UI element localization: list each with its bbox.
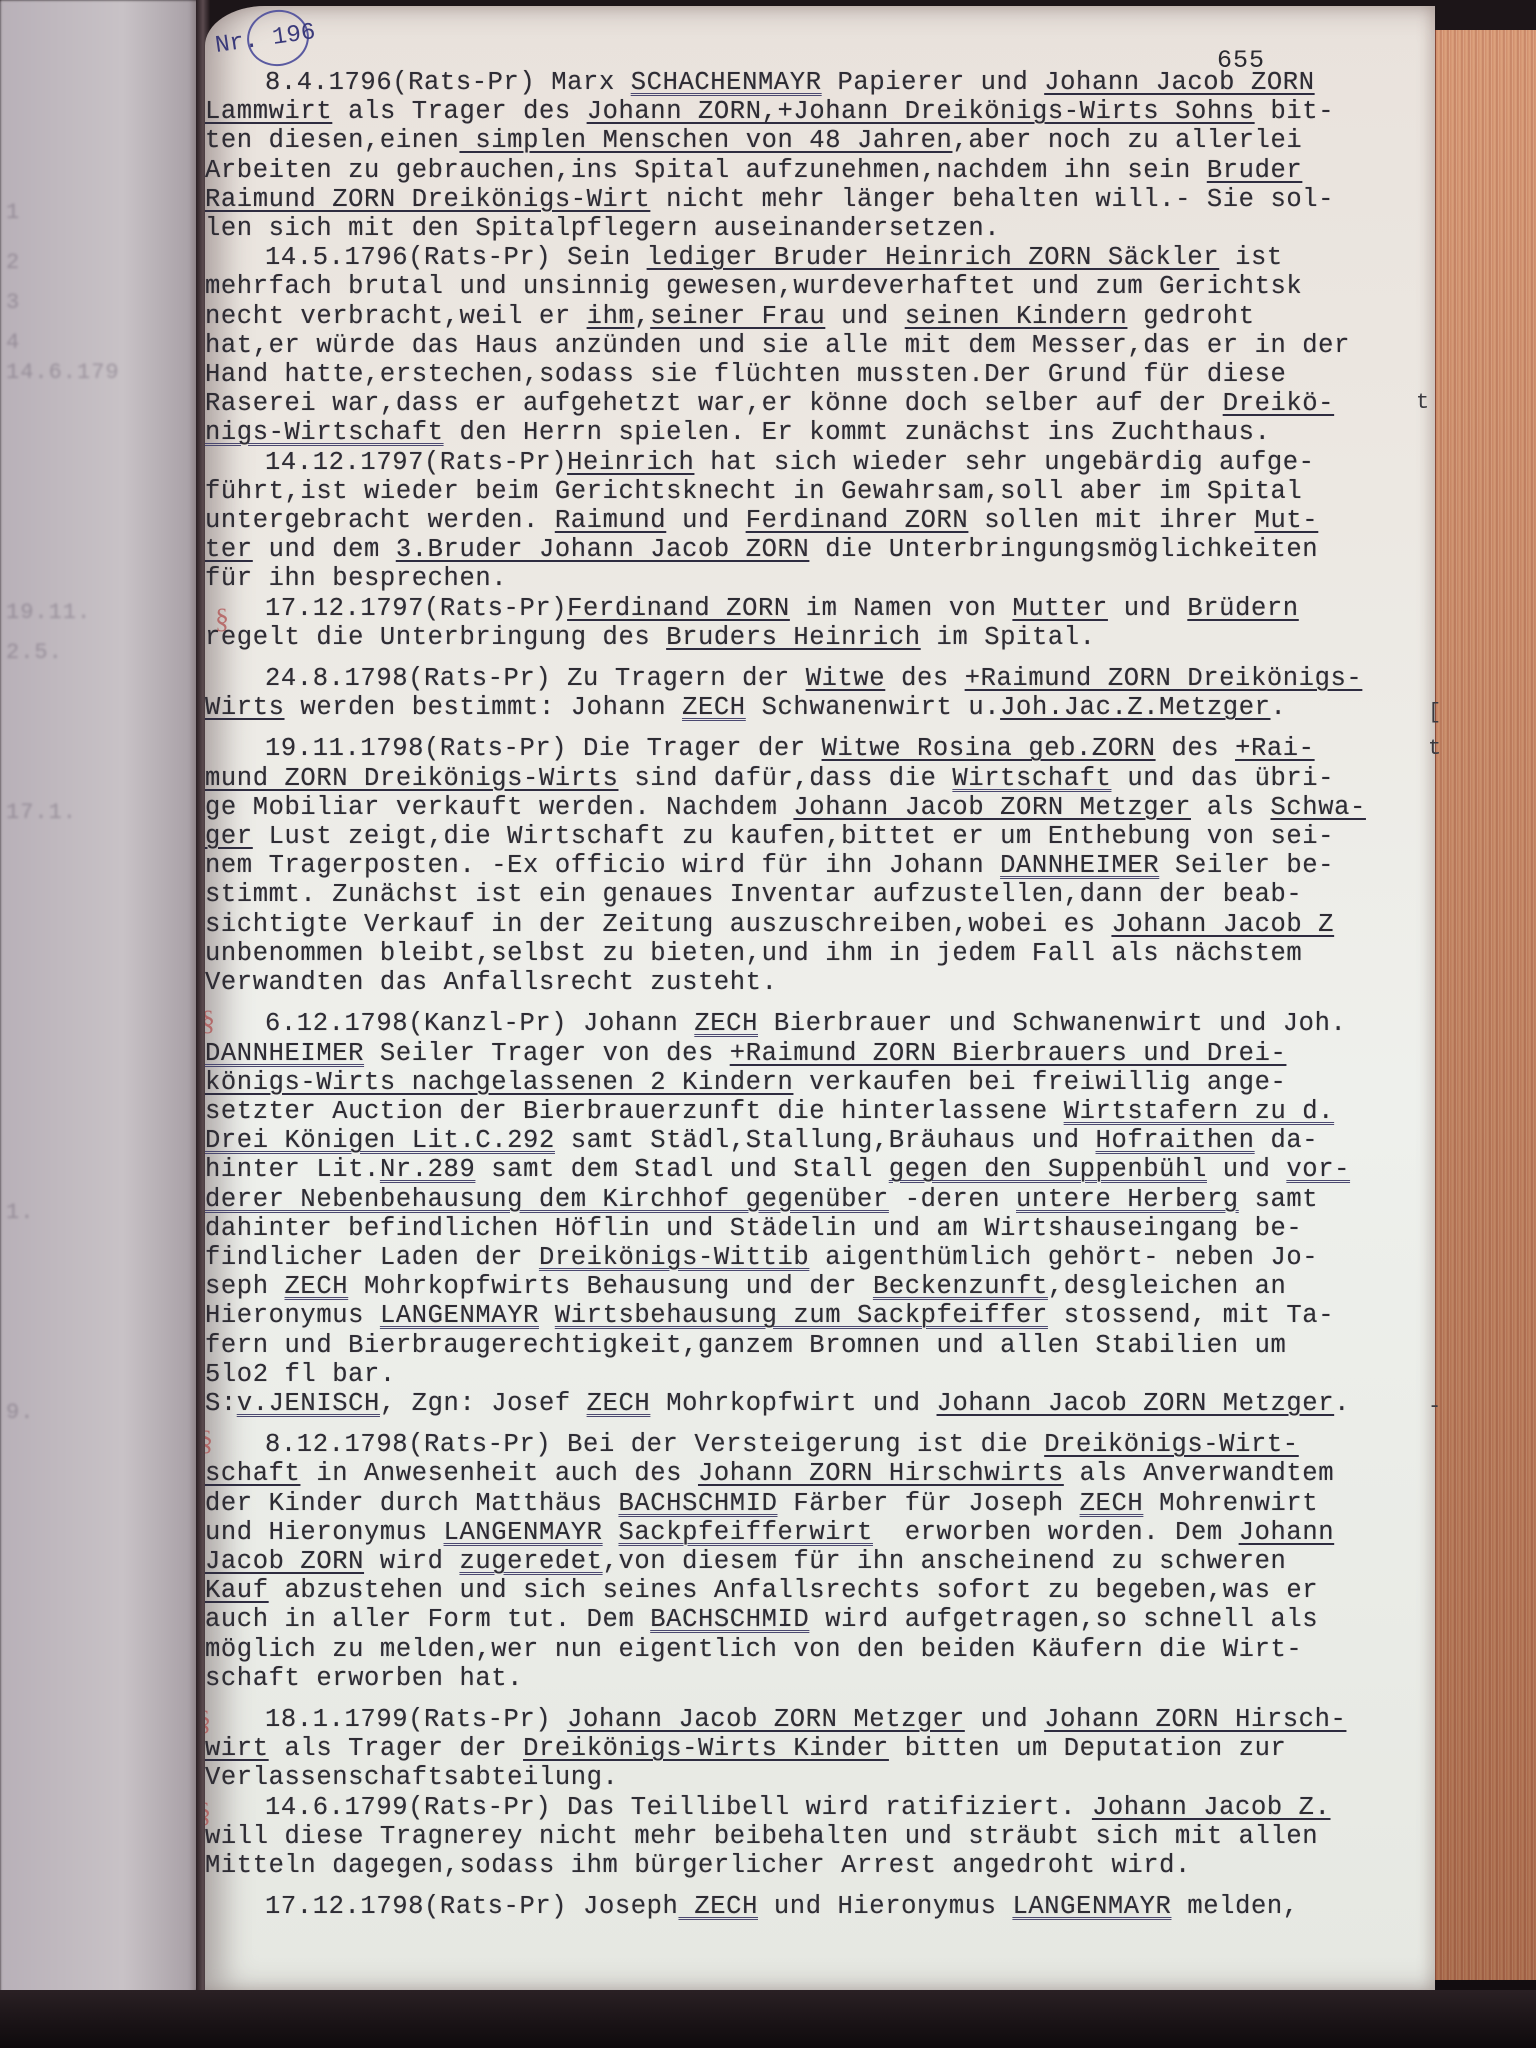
right-margin-bracket: [ [1428, 700, 1441, 725]
left-page-ghost-text: 14.6.179 [6, 360, 120, 385]
entry-text-line: Wirts werden bestimmt: Johann ZECH Schwa… [205, 693, 1435, 722]
text-run: 14.5.1796(Rats-Pr) Sein [265, 243, 647, 272]
text-run: als Anverwandtem [1064, 1459, 1334, 1488]
text-run: sind dafür,dass die [618, 764, 952, 793]
underlined-name: 3.Bruder Johann Jacob ZORN [396, 535, 809, 564]
entry-text-line: DANNHEIMER Seiler Trager von des +Raimun… [205, 1039, 1435, 1068]
text-run: als Trager der [269, 1734, 523, 1763]
text-run: führt,ist wieder beim Gerichtsknecht in … [205, 477, 1302, 506]
dashed-underlined-term: Nr.289 [380, 1155, 475, 1184]
protocol-entry: 6.12.1798(Kanzl-Pr) Johann ZECH Bierbrau… [205, 1009, 1435, 1418]
underlined-name: Joh.Jac.Z.Metzger [1000, 693, 1270, 722]
underlined-name: Ferdinand ZORN [746, 506, 969, 535]
entry-text-line: will diese Tragnerey nicht mehr beibehal… [205, 1822, 1435, 1851]
underlined-name: seiner Frau [650, 302, 825, 331]
text-run: die Unterbringungsmöglichkeiten [809, 535, 1318, 564]
text-run: und [965, 1705, 1045, 1734]
entry-text-line: Mitteln dagegen,sodass ihm bürgerlicher … [205, 1851, 1435, 1880]
underlined-name: Witwe [806, 664, 886, 693]
entry-text-line: len sich mit den Spitalpflegern auseinan… [205, 214, 1435, 243]
entry-text-line: Hand hatte,erstechen,sodass sie flüchten… [205, 360, 1435, 389]
dashed-underlined-term: LANGENMAYR [380, 1301, 539, 1330]
text-run: , Zgn: Josef [380, 1389, 587, 1418]
left-page-ghost-text: 9. [6, 1400, 34, 1425]
margin-section-mark: § [205, 1706, 211, 1738]
table-surface [0, 1990, 1536, 2048]
entry-text-line: möglich zu melden,wer nun eigentlich von… [205, 1635, 1435, 1664]
text-run: im Namen von [790, 594, 1013, 623]
text-run: Mohrkopfwirt und [650, 1389, 936, 1418]
text-run: 17.12.1798(Rats-Pr) Joseph [265, 1892, 678, 1921]
entry-text-line: für ihn besprechen. [205, 564, 1435, 593]
text-run: sollen mit ihrer [968, 506, 1254, 535]
text-run: ,desgleichen an [1048, 1272, 1287, 1301]
dashed-underlined-term: Sackpfeifferwirt [618, 1518, 872, 1547]
entry-text-line: ter und dem 3.Bruder Johann Jacob ZORN d… [205, 535, 1435, 564]
dashed-underlined-term: Dreikönigs-Wittib [539, 1243, 809, 1272]
protocol-entry: 14.6.1799(Rats-Pr) Das Teillibell wird r… [205, 1793, 1435, 1881]
dashed-underlined-term: ZECH [587, 1389, 651, 1418]
entry-text-line: königs-Wirts nachgelassenen 2 Kindern ve… [205, 1068, 1435, 1097]
right-margin-bracket: t [1428, 736, 1441, 761]
entry-text-line: auch in aller Form tut. Dem BACHSCHMID w… [205, 1605, 1435, 1634]
text-run: gedroht [1127, 302, 1254, 331]
text-run: hat sich wieder sehr ungebärdig aufge- [694, 448, 1314, 477]
text-run: bitten um Deputation zur [889, 1734, 1287, 1763]
entry-heading-line: 8.12.1798(Rats-Pr) Bei der Versteigerung… [205, 1430, 1435, 1459]
text-run: wird [364, 1547, 459, 1576]
underlined-name: Johann Jacob ZORN Metzger [793, 793, 1191, 822]
entry-heading-line: 8.4.1796(Rats-Pr) Marx SCHACHENMAYR Papi… [205, 68, 1435, 97]
underlined-name: Heinrich [567, 448, 694, 477]
text-run: da- [1255, 1126, 1319, 1155]
text-run: samt [1239, 1185, 1319, 1214]
entry-text-line: Raimund ZORN Dreikönigs-Wirt nicht mehr … [205, 185, 1435, 214]
text-run: ge Mobiliar verkauft werden. Nachdem [205, 793, 793, 822]
text-run: , [634, 302, 650, 331]
text-run: stossend, mit Ta- [1048, 1301, 1334, 1330]
underlined-name: +Raimund ZORN Bierbrauers und Drei- [730, 1039, 1287, 1068]
text-run: Seiler Trager von des [364, 1039, 730, 1068]
text-run: 8.4.1796(Rats-Pr) Marx [265, 68, 631, 97]
text-run [603, 1518, 619, 1547]
entry-text-line: untergebracht werden. Raimund und Ferdin… [205, 506, 1435, 535]
underlined-name: Raimund [555, 506, 666, 535]
entry-heading-line: 14.5.1796(Rats-Pr) Sein lediger Bruder H… [205, 243, 1435, 272]
underlined-name: Kauf [205, 1576, 269, 1605]
underlined-name: wirt [205, 1734, 269, 1763]
text-run: und [825, 302, 905, 331]
margin-section-mark: § [205, 1426, 213, 1458]
text-run: und Hieronymus [758, 1892, 1012, 1921]
dashed-underlined-term: vor- [1286, 1155, 1350, 1184]
entry-text-line: necht verbracht,weil er ihm,seiner Frau … [205, 302, 1435, 331]
entry-text-line: Jacob ZORN wird zugeredet,von diesem für… [205, 1547, 1435, 1576]
entry-text-line: Lammwirt als Trager des Johann ZORN,+Joh… [205, 97, 1435, 126]
entry-text-line: Arbeiten zu gebrauchen,ins Spital aufzun… [205, 156, 1435, 185]
text-run: in Anwesenheit auch des [300, 1459, 698, 1488]
entry-text-line: Verwandten das Anfallsrecht zusteht. [205, 968, 1435, 997]
underlined-name: schaft [205, 1459, 300, 1488]
dashed-underlined-term: ZECH [1080, 1489, 1144, 1518]
entry-heading-line: 17.12.1797(Rats-Pr)Ferdinand ZORN im Nam… [205, 594, 1435, 623]
dashed-underlined-term: ZECH [694, 1009, 758, 1038]
underlined-name: Bruder [1207, 156, 1302, 185]
entry-text-line: ger Lust zeigt,die Wirtschaft zu kaufen,… [205, 822, 1435, 851]
underlined-name: Johann ZORN,+Johann Dreikönigs-Wirts Soh… [587, 97, 1255, 126]
text-run: 8.12.1798(Rats-Pr) Bei der Versteigerung… [265, 1430, 1044, 1459]
entry-text-line: regelt die Unterbringung des Bruders Hei… [205, 623, 1435, 652]
text-run: Hand hatte,erstechen,sodass sie flüchten… [205, 360, 1286, 389]
underlined-name: Johann Jacob ZORN Metzger [937, 1389, 1335, 1418]
text-run: Papierer und [822, 68, 1045, 97]
dashed-underlined-term: BACHSCHMID [618, 1489, 777, 1518]
entry-text-line: wirt als Trager der Dreikönigs-Wirts Kin… [205, 1734, 1435, 1763]
entry-text-line: sichtigte Verkauf in der Zeitung auszusc… [205, 910, 1435, 939]
text-run: und [666, 506, 746, 535]
margin-section-mark: § [205, 1798, 211, 1830]
dashed-underlined-term: LANGENMAYR [444, 1518, 603, 1547]
dashed-underlined-term: derer Nebenbehausung dem Kirchhof gegenü… [205, 1185, 889, 1214]
left-facing-page: 123414.6.17919.11.2.5.17.1.1.9. [0, 0, 205, 2000]
text-run: stimmt. Zunächst ist ein genaues Inventa… [205, 880, 1302, 909]
text-run: Raserei war,dass er aufgehetzt war,er kö… [205, 389, 1223, 418]
text-run: 24.8.1798(Rats-Pr) Zu Tragern der [265, 664, 806, 693]
protocol-entry: 19.11.1798(Rats-Pr) Die Trager der Witwe… [205, 734, 1435, 997]
entry-text-line: setzter Auction der Bierbrauerzunft die … [205, 1097, 1435, 1126]
dashed-underlined-term: BACHSCHMID [650, 1605, 809, 1634]
text-run: mehrfach brutal und unsinnig gewesen,wur… [205, 272, 1302, 301]
text-run: ten diesen,einen [205, 126, 459, 155]
dashed-underlined-term: Hofraithen [1096, 1126, 1255, 1155]
typewritten-entries: 8.4.1796(Rats-Pr) Marx SCHACHENMAYR Papi… [205, 68, 1435, 1921]
underlined-name: Wirts [205, 693, 285, 722]
page-edges [1432, 30, 1536, 1980]
protocol-entry: 8.12.1798(Rats-Pr) Bei der Versteigerung… [205, 1430, 1435, 1693]
entry-text-line: schaft in Anwesenheit auch des Johann ZO… [205, 1459, 1435, 1488]
underlined-name: Schwa- [1270, 793, 1365, 822]
protocol-entry: 17.12.1798(Rats-Pr) Joseph ZECH und Hier… [205, 1892, 1435, 1921]
underlined-name: ter [205, 535, 253, 564]
entry-heading-line: 6.12.1798(Kanzl-Pr) Johann ZECH Bierbrau… [205, 1009, 1435, 1038]
dashed-underlined-term: SCHACHENMAYR [631, 68, 822, 97]
text-run: und [1108, 594, 1188, 623]
underlined-name: Ferdinand ZORN [567, 594, 790, 623]
text-run: als [1191, 793, 1271, 822]
entry-text-line: ten diesen,einen simplen Menschen von 48… [205, 126, 1435, 155]
text-run: 14.6.1799(Rats-Pr) Das Teillibell wird r… [265, 1793, 1092, 1822]
margin-section-mark: § [215, 604, 229, 636]
text-run: ,von diesem für ihn anscheinend zu schwe… [603, 1547, 1287, 1576]
entry-text-line: Drei Königen Lit.C.292 samt Städl,Stallu… [205, 1126, 1435, 1155]
entry-heading-line: 14.12.1797(Rats-Pr)Heinrich hat sich wie… [205, 448, 1435, 477]
underlined-name: Johann Jacob Z [1111, 910, 1334, 939]
text-run: seph [205, 1272, 285, 1301]
text-run: der Kinder durch Matthäus [205, 1489, 618, 1518]
dashed-underlined-term: ZECH [285, 1272, 349, 1301]
text-run: werden bestimmt: Johann [285, 693, 683, 722]
protocol-entry: 17.12.1797(Rats-Pr)Ferdinand ZORN im Nam… [205, 594, 1435, 652]
entry-text-line: mehrfach brutal und unsinnig gewesen,wur… [205, 272, 1435, 301]
entry-text-line: hat,er würde das Haus anzünden und sie a… [205, 331, 1435, 360]
text-run: ist [1219, 243, 1283, 272]
text-run: Färber für Joseph [778, 1489, 1080, 1518]
protocol-entry: 14.5.1796(Rats-Pr) Sein lediger Bruder H… [205, 243, 1435, 447]
margin-section-mark: § [205, 1006, 215, 1038]
left-page-ghost-text: 2.5. [6, 640, 63, 665]
text-run: 5lo2 fl bar. [205, 1360, 396, 1389]
text-run: 14.12.1797(Rats-Pr) [265, 448, 567, 477]
text-run: Hieronymus [205, 1301, 380, 1330]
left-page-ghost-text: 17.1. [6, 800, 77, 825]
text-run: . [1334, 1389, 1350, 1418]
entry-text-line: schaft erworben hat. [205, 1664, 1435, 1693]
entry-heading-line: 19.11.1798(Rats-Pr) Die Trager der Witwe… [205, 734, 1435, 763]
entry-text-line: S:v.JENISCH, Zgn: Josef ZECH Mohrkopfwir… [205, 1389, 1435, 1418]
dashed-underlined-term: DANNHEIMER [205, 1039, 364, 1068]
text-run: regelt die Unterbringung des [205, 623, 666, 652]
dashed-underlined-term: LANGENMAYR [1012, 1892, 1171, 1921]
underlined-name: simplen Menschen von 48 Jahren [459, 126, 952, 155]
underlined-name: Mutter [1012, 594, 1107, 623]
text-run: samt dem Stadl und Stall [475, 1155, 888, 1184]
text-run: den Herrn spielen. Er kommt zunächst ins… [444, 418, 1271, 447]
entry-text-line: Kauf abzustehen und sich seines Anfallsr… [205, 1576, 1435, 1605]
underlined-name: +Raimund ZORN Dreikönigs- [965, 664, 1363, 693]
underlined-name: Bruders Heinrich [666, 623, 920, 652]
protocol-entry: 8.4.1796(Rats-Pr) Marx SCHACHENMAYR Papi… [205, 68, 1435, 243]
underlined-name: Dreikönigs-Wirt- [1044, 1430, 1298, 1459]
entry-heading-line: 14.6.1799(Rats-Pr) Das Teillibell wird r… [205, 1793, 1435, 1822]
entry-text-line: unbenommen bleibt,selbst zu bieten,und i… [205, 939, 1435, 968]
text-run: findlicher Laden der [205, 1243, 539, 1272]
text-run: als Trager des [332, 97, 586, 126]
protocol-entry: 18.1.1799(Rats-Pr) Johann Jacob ZORN Met… [205, 1705, 1435, 1793]
entry-text-line: und Hieronymus LANGENMAYR Sackpfeifferwi… [205, 1518, 1435, 1547]
underlined-name: königs-Wirts nachgelassenen 2 Kindern [205, 1068, 793, 1097]
entry-heading-line: 24.8.1798(Rats-Pr) Zu Tragern der Witwe … [205, 664, 1435, 693]
underlined-name: Witwe Rosina geb.ZORN [822, 734, 1156, 763]
entry-text-line: 5lo2 fl bar. [205, 1360, 1435, 1389]
text-run: dahinter befindlichen Höflin und Städeli… [205, 1214, 1302, 1243]
underlined-name: Dreikönigs-Wirts Kinder [523, 1734, 889, 1763]
underlined-name: Dreikö- [1223, 389, 1334, 418]
underlined-name: Johann Jacob ZORN [1044, 68, 1314, 97]
left-page-ghost-text: 1. [6, 1200, 34, 1225]
underlined-name: Brüdern [1187, 594, 1298, 623]
dashed-underlined-term: v.JENISCH [237, 1389, 380, 1418]
dashed-underlined-term: zugeredet [459, 1547, 602, 1576]
text-run: Verlassenschaftsabteilung. [205, 1763, 618, 1792]
underlined-name: Mut- [1255, 506, 1319, 535]
dashed-underlined-term: Wirtschaft [952, 764, 1111, 793]
text-run: 6.12.1798(Kanzl-Pr) Johann [265, 1009, 694, 1038]
underlined-name: seinen Kindern [905, 302, 1128, 331]
left-page-ghost-text: 4 [6, 330, 20, 355]
entry-text-line: Verlassenschaftsabteilung. [205, 1763, 1435, 1792]
text-run: erworben worden. Dem [873, 1518, 1239, 1547]
text-run: unbenommen bleibt,selbst zu bieten,und i… [205, 939, 1302, 968]
underlined-name: Johann Jacob Z. [1092, 1793, 1331, 1822]
entry-text-line: stimmt. Zunächst ist ein genaues Inventa… [205, 880, 1435, 909]
dashed-underlined-term: Wirtsbehausung zum Sackpfeiffer [555, 1301, 1048, 1330]
entry-text-line: der Kinder durch Matthäus BACHSCHMID Fär… [205, 1489, 1435, 1518]
text-run: Seiler be- [1159, 851, 1334, 880]
left-page-ghost-text: 1 [6, 200, 20, 225]
text-run: schaft erworben hat. [205, 1664, 523, 1693]
text-run: Lust zeigt,die Wirtschaft zu kaufen,bitt… [253, 822, 1334, 851]
text-run: wird aufgetragen,so schnell als [809, 1605, 1318, 1634]
text-run: ,aber noch zu allerlei [952, 126, 1302, 155]
protocol-entry: 24.8.1798(Rats-Pr) Zu Tragern der Witwe … [205, 664, 1435, 722]
text-run [539, 1301, 555, 1330]
text-run: necht verbracht,weil er [205, 302, 587, 331]
left-page-ghost-text: 2 [6, 250, 20, 275]
text-run: hinter Lit. [205, 1155, 380, 1184]
text-run: aigenthümlich gehört- neben Jo- [809, 1243, 1318, 1272]
text-run: und [1207, 1155, 1287, 1184]
text-run: für ihn besprechen. [205, 564, 507, 593]
text-run: . [1271, 693, 1287, 722]
dashed-underlined-term: Beckenzunft [873, 1272, 1048, 1301]
entry-text-line: nigs-Wirtschaft den Herrn spielen. Er ko… [205, 418, 1435, 447]
text-run: auch in aller Form tut. Dem [205, 1605, 650, 1634]
text-run: hat,er würde das Haus anzünden und sie a… [205, 331, 1350, 360]
underlined-name: mund ZORN Dreikönigs-Wirts [205, 764, 618, 793]
text-run: abzustehen und sich seines Anfallsrechts… [269, 1576, 1319, 1605]
dashed-underlined-term: ZECH [682, 693, 746, 722]
text-run: des [1156, 734, 1236, 763]
entry-text-line: Hieronymus LANGENMAYR Wirtsbehausung zum… [205, 1301, 1435, 1330]
underlined-name: Johann ZORN Hirschwirts [698, 1459, 1064, 1488]
underlined-name: ger [205, 822, 253, 851]
text-run: untergebracht werden. [205, 506, 555, 535]
text-run: 18.1.1799(Rats-Pr) [265, 1705, 567, 1734]
entry-text-line: derer Nebenbehausung dem Kirchhof gegenü… [205, 1185, 1435, 1214]
entry-text-line: Raserei war,dass er aufgehetzt war,er kö… [205, 389, 1435, 418]
entry-heading-line: 17.12.1798(Rats-Pr) Joseph ZECH und Hier… [205, 1892, 1435, 1921]
entry-text-line: mund ZORN Dreikönigs-Wirts sind dafür,da… [205, 764, 1435, 793]
entry-text-line: findlicher Laden der Dreikönigs-Wittib a… [205, 1243, 1435, 1272]
left-page-ghost-text: 3 [6, 290, 20, 315]
underlined-name: Johann [1239, 1518, 1334, 1547]
text-run: melden, [1171, 1892, 1298, 1921]
text-run: Schwanenwirt u. [746, 693, 1000, 722]
underlined-name: lediger Bruder Heinrich ZORN Säckler [647, 243, 1220, 272]
text-run: verkaufen bei freiwillig ange- [793, 1068, 1286, 1097]
underlined-name: Jacob ZORN [205, 1547, 364, 1576]
dashed-underlined-term: Drei Königen Lit.C.292 [205, 1126, 555, 1155]
right-margin-tick: - [1428, 1394, 1441, 1419]
text-run: Mohrkopfwirts Behausung und der [348, 1272, 873, 1301]
underlined-name: Johann ZORN Hirsch- [1044, 1705, 1346, 1734]
text-run: und Hieronymus [205, 1518, 444, 1547]
text-run: Mitteln dagegen,sodass ihm bürgerlicher … [205, 1851, 1191, 1880]
folio-value: 196 [271, 19, 318, 52]
underlined-name: Raimund ZORN Dreikönigs-Wirt [205, 185, 650, 214]
entry-text-line: führt,ist wieder beim Gerichtsknecht in … [205, 477, 1435, 506]
dashed-underlined-term: gegen den Suppenbühl [889, 1155, 1207, 1184]
underlined-name: Johann Jacob ZORN Metzger [567, 1705, 965, 1734]
text-run: 17.12.1797(Rats-Pr) [265, 594, 567, 623]
entry-heading-line: 18.1.1799(Rats-Pr) Johann Jacob ZORN Met… [205, 1705, 1435, 1734]
dashed-underlined-term: ZECH [678, 1892, 758, 1921]
text-run: samt Städl,Stallung,Bräuhaus und [555, 1126, 1096, 1155]
text-run: Bierbrauer und Schwanenwirt und Joh. [758, 1009, 1346, 1038]
underlined-name: +Rai- [1235, 734, 1315, 763]
text-run: Mohrenwirt [1143, 1489, 1318, 1518]
text-run: will diese Tragnerey nicht mehr beibehal… [205, 1822, 1318, 1851]
text-run: setzter Auction der Bierbrauerzunft die … [205, 1097, 1064, 1126]
left-page-ghost-text: 19.11. [6, 600, 91, 625]
underlined-name: ihm [587, 302, 635, 331]
text-run: im Spital. [921, 623, 1096, 652]
dashed-underlined-term: untere Herberg [1016, 1185, 1239, 1214]
entry-text-line: hinter Lit.Nr.289 samt dem Stadl und Sta… [205, 1155, 1435, 1184]
text-run: möglich zu melden,wer nun eigentlich von… [205, 1635, 1302, 1664]
entry-text-line: nem Tragerposten. -Ex officio wird für i… [205, 851, 1435, 880]
text-run: -deren [889, 1185, 1016, 1214]
text-run: und das übri- [1111, 764, 1334, 793]
book-photo: 123414.6.17919.11.2.5.17.1.1.9. Nr. 196 … [0, 0, 1536, 2048]
right-margin-tick: t [1416, 390, 1429, 415]
text-run: S: [205, 1389, 237, 1418]
entry-text-line: dahinter befindlichen Höflin und Städeli… [205, 1214, 1435, 1243]
text-run: nicht mehr länger behalten will.- Sie so… [650, 185, 1334, 214]
text-run: Verwandten das Anfallsrecht zusteht. [205, 968, 778, 997]
text-run: des [885, 664, 965, 693]
text-run: sichtigte Verkauf in der Zeitung auszusc… [205, 910, 1111, 939]
text-run: nem Tragerposten. -Ex officio wird für i… [205, 851, 1000, 880]
entry-text-line: seph ZECH Mohrkopfwirts Behausung und de… [205, 1272, 1435, 1301]
entry-text-line: fern und Bierbraugerechtigkeit,ganzem Br… [205, 1331, 1435, 1360]
protocol-entry: 14.12.1797(Rats-Pr)Heinrich hat sich wie… [205, 448, 1435, 594]
text-run: fern und Bierbraugerechtigkeit,ganzem Br… [205, 1331, 1286, 1360]
underlined-name: Lammwirt [205, 97, 332, 126]
text-run: len sich mit den Spitalpflegern auseinan… [205, 214, 1000, 243]
text-run: bit- [1255, 97, 1335, 126]
text-run: 19.11.1798(Rats-Pr) Die Trager der [265, 734, 822, 763]
dashed-underlined-term: nigs-Wirtschaft [205, 418, 444, 447]
text-run: und dem [253, 535, 396, 564]
entry-text-line: ge Mobiliar verkauft werden. Nachdem Joh… [205, 793, 1435, 822]
dashed-underlined-term: DANNHEIMER [1000, 851, 1159, 880]
document-page: Nr. 196 655 8.4.1796(Rats-Pr) Marx SCHAC… [205, 6, 1435, 1991]
dashed-underlined-term: Wirtstafern zu d. [1064, 1097, 1334, 1126]
text-run: Arbeiten zu gebrauchen,ins Spital aufzun… [205, 156, 1207, 185]
